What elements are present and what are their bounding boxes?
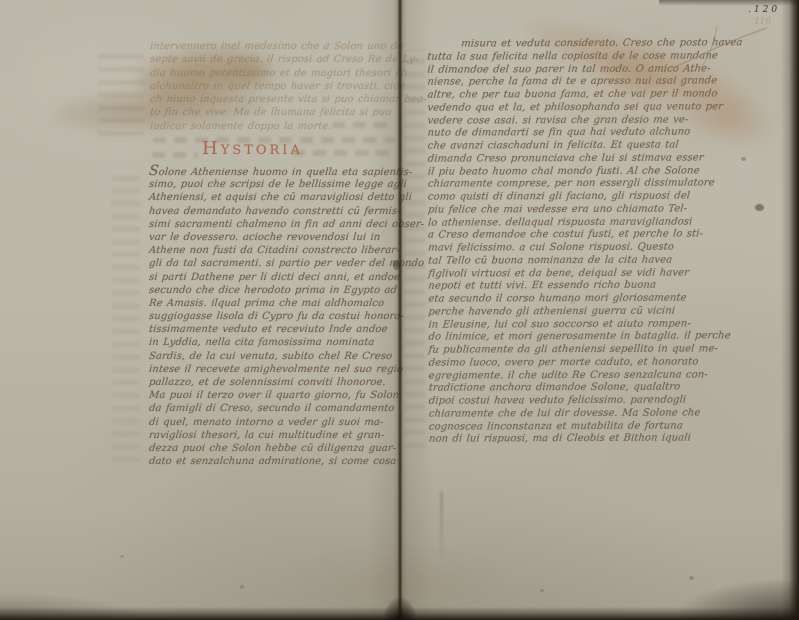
manuscript-line: si parti Dathene per li dicti deci anni,… bbox=[148, 271, 401, 284]
manuscript-line: intervennero inel medesimo che a Solon u… bbox=[149, 40, 400, 53]
manuscript-line: desimo luoco, overo per morte caduto, et… bbox=[428, 356, 716, 370]
manuscript-line: to fin che vive. Ma de lhumana felicita … bbox=[149, 106, 400, 119]
manuscript-line: simo, puoi che scripsi de le bellissime … bbox=[148, 178, 401, 191]
left-page-faded-intro: intervennero inel medesimo che a Solon u… bbox=[150, 40, 400, 133]
manuscript-line: Re Amasis. ilqual prima che mai aldhomal… bbox=[148, 297, 401, 310]
speck bbox=[741, 157, 746, 161]
manuscript-line: chiaramente che de lui dir dovesse. Ma S… bbox=[428, 407, 716, 421]
speck bbox=[540, 589, 544, 592]
manuscript-line: simi sacramenti chalmeno in fin ad anni … bbox=[148, 218, 401, 231]
manuscript-line: secundo che dice herodoto prima in Egypt… bbox=[148, 284, 401, 297]
manuscript-line: vedendo qua et la, et philosophando sei … bbox=[427, 101, 715, 115]
manuscript-line: mavi felicissimo. a cui Solone rispuosi.… bbox=[427, 241, 715, 255]
manuscript-line: septe savii de grecia. il risposi ad Cre… bbox=[149, 53, 400, 66]
manuscript-line: da famigli di Creso, secundo il comandam… bbox=[148, 402, 401, 415]
manuscript-line: suggiogasse lisola di Cypro fu da costui… bbox=[148, 310, 401, 323]
manuscript-line: dimanda Creso pronunciava che lui si sti… bbox=[427, 152, 715, 166]
page-edge-top-right bbox=[659, 0, 799, 6]
manuscript-line: var le dovessero. acioche revovendosi lu… bbox=[148, 231, 401, 244]
left-page-text: Solone Atheniense huomo in quella eta sa… bbox=[149, 165, 401, 468]
manuscript-line: dipoi costui havea veduto felicissimo. p… bbox=[428, 394, 716, 408]
manuscript-line: che avanzi ciaschaduni in felicita. Et q… bbox=[427, 139, 715, 153]
manuscript-line: Solone Atheniense huomo in quella eta sa… bbox=[148, 165, 401, 178]
bleedthrough-margin-ghost bbox=[112, 170, 140, 462]
manuscript-line: pallazzo, et de solennissimi conviti lho… bbox=[148, 376, 401, 389]
binding-gutter bbox=[393, 0, 407, 620]
manuscript-line: eta secundo il corso humano mori glorios… bbox=[428, 292, 716, 306]
manuscript-line: Ma puoi il terzo over il quarto giorno, … bbox=[148, 389, 401, 402]
manuscript-line: dezza puoi che Solon hebbe cū diligenza … bbox=[148, 442, 401, 455]
manuscript-line: dia huomo potentissimo et de magiori the… bbox=[149, 67, 400, 80]
manuscript-line: altre, che per tua buona fama, et che va… bbox=[427, 88, 715, 102]
manuscript-line: tradictione anchora dimandoe Solone, qua… bbox=[428, 382, 716, 396]
manuscript-line: iudicar solamente doppo la morte. bbox=[149, 120, 400, 133]
page-edge-right bbox=[781, 0, 799, 620]
manuscript-line: do linimice, et mori generosamente in ba… bbox=[428, 331, 716, 345]
manuscript-line: a Creso demandoe che costui fusti, et pe… bbox=[427, 229, 715, 243]
manuscript-line: tal Tello cū buona nominanza de la cita … bbox=[427, 254, 715, 268]
chapter-heading-rubric: HYSTORIA bbox=[202, 138, 303, 159]
folio-number-red: 116 bbox=[754, 17, 771, 27]
bleedthrough-margin-ghost bbox=[98, 46, 144, 136]
page-corner-shadow bbox=[679, 580, 799, 620]
manuscript-line: nuto de dimandarti se fin qua hai veduto… bbox=[427, 127, 715, 141]
folio-number-ink: .120 bbox=[748, 5, 780, 15]
manuscript-line: in Lyddia, nella cita famosissima nomina… bbox=[148, 336, 401, 349]
manuscript-line: dato et senzalchuna admiratione, si come… bbox=[148, 455, 401, 468]
manuscript-line: fu publicamente da gli atheniensi sepell… bbox=[428, 343, 716, 357]
bleedthrough-vertical-ghost bbox=[440, 492, 443, 558]
speck bbox=[120, 555, 124, 558]
manuscript-line: como quisti di dinanzi gli faciano, gli … bbox=[427, 190, 715, 204]
manuscript-line: Athene non fusti da Citadini constrecto … bbox=[148, 244, 401, 257]
manuscript-photo: intervennero inel medesimo che a Solon u… bbox=[0, 0, 799, 620]
manuscript-line: nepoti et tutti vivi. Et essendo richo b… bbox=[428, 280, 716, 294]
page-corner-shadow bbox=[0, 594, 140, 620]
manuscript-line: chiaramente comprese, per non essergli d… bbox=[427, 178, 715, 192]
manuscript-line: perche havendo gli atheniensi guerra cū … bbox=[428, 305, 716, 319]
manuscript-line: piu felice che mai vedesse era uno chiam… bbox=[427, 203, 715, 217]
manuscript-line: non di lui rispuosi, ma di Cleobis et Bi… bbox=[428, 433, 716, 447]
pen-flourish-mark bbox=[665, 18, 775, 78]
manuscript-line: gli da tal sacramenti. si partio per ved… bbox=[148, 257, 401, 270]
speck bbox=[755, 204, 764, 211]
bleedthrough-ghost bbox=[152, 152, 198, 158]
manuscript-line: di quel, menato intorno a veder gli suoi… bbox=[148, 416, 401, 429]
manuscript-line: intese il recevete amighevolmente nel su… bbox=[148, 363, 401, 376]
right-page-text: misura et veduta considerato. Creso che … bbox=[427, 37, 716, 446]
manuscript-line: havea demandato havendo constretti cū fe… bbox=[148, 205, 401, 218]
manuscript-line: alchunaltro in quel tempo haver si trova… bbox=[149, 80, 400, 93]
binding-gutter-base-shadow bbox=[377, 586, 423, 620]
manuscript-line: Atheniensi, et aquisi che cū maraviglios… bbox=[148, 191, 401, 204]
speck bbox=[240, 585, 244, 589]
manuscript-line: tissimamente veduto et receviuto Inde an… bbox=[148, 323, 401, 336]
manuscript-line: ch niuno inquesta presente vita si puo c… bbox=[149, 93, 400, 106]
manuscript-line: Sardis, de la cui venuta, subito chel Re… bbox=[148, 350, 401, 363]
manuscript-line: ravigliosi thesori, la cui multitudine e… bbox=[148, 429, 401, 442]
